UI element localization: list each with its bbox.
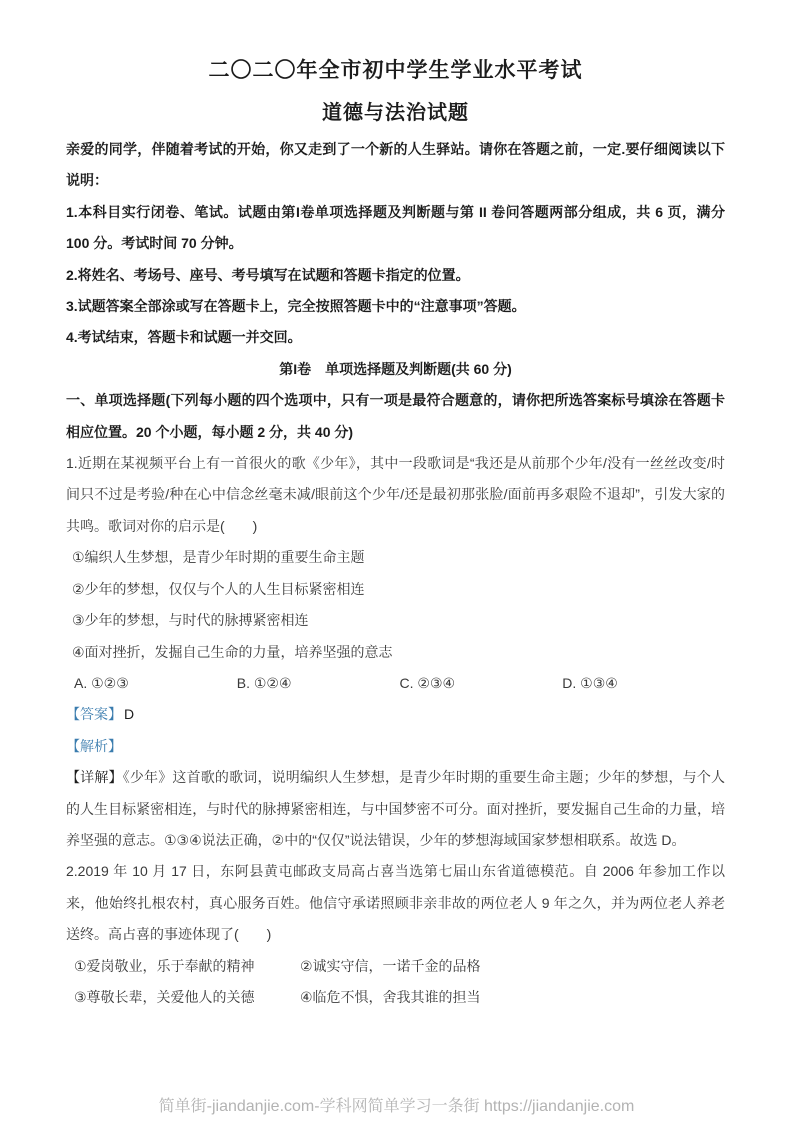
question-2-statement-2: ②诚实守信，一诺千金的品格 [300,951,725,982]
exam-title: 二〇二〇年全市初中学生学业水平考试 [66,56,725,86]
question-2-statements-row-1: ①爱岗敬业，乐于奉献的精神 ②诚实守信，一诺千金的品格 [66,951,725,982]
instruction-item-4: 4.考试结束，答题卡和试题一并交回。 [66,322,725,353]
choice-a: A. ①②③ [74,668,237,699]
analysis-line: 【解析】 [66,731,725,762]
choice-c: C. ②③④ [400,668,563,699]
part-header: 一、单项选择题(下列每小题的四个选项中，只有一项是最符合题意的，请你把所选答案标… [66,385,725,448]
choice-d: D. ①③④ [562,668,725,699]
instruction-item-2: 2.将姓名、考场号、座号、考号填写在试题和答题卡指定的位置。 [66,260,725,291]
question-2-statement-1: ①爱岗敬业，乐于奉献的精神 [74,951,300,982]
preface-intro: 亲爱的同学，伴随着考试的开始，你又走到了一个新的人生驿站。请你在答题之前，一定.… [66,134,725,197]
answer-value: D [122,706,134,722]
question-2-statement-4: ④临危不惧，舍我其谁的担当 [300,982,725,1013]
volume-header: 第I卷 单项选择题及判断题(共 60 分) [66,354,725,385]
detail-label: 【详解】 [66,769,123,785]
analysis-label: 【解析】 [66,738,122,754]
choice-b: B. ①②④ [237,668,400,699]
detail-paragraph: 【详解】《少年》这首歌的歌词，说明编织人生梦想，是青少年时期的重要生命主题；少年… [66,762,725,856]
answer-line: 【答案】D [66,699,725,730]
answer-label: 【答案】 [66,706,122,722]
exam-subtitle: 道德与法治试题 [66,98,725,128]
question-1-stem: 1.近期在某视频平台上有一首很火的歌《少年》，其中一段歌词是“我还是从前那个少年… [66,448,725,542]
question-2-statement-3: ③尊敬长辈，关爱他人的关德 [74,982,300,1013]
question-2-statements-row-2: ③尊敬长辈，关爱他人的关德 ④临危不惧，舍我其谁的担当 [66,982,725,1013]
watermark-footer: 简单街-jiandanjie.com-学科网简单学习一条街 https://ji… [0,1096,793,1118]
detail-text: 《少年》这首歌的歌词，说明编织人生梦想，是青少年时期的重要生命主题；少年的梦想，… [66,769,725,848]
question-1-statement-4: ④面对挫折，发掘自己生命的力量，培养坚强的意志 [66,637,725,668]
question-1-statement-1: ①编织人生梦想，是青少年时期的重要生命主题 [66,542,725,573]
exam-document-page: 二〇二〇年全市初中学生学业水平考试 道德与法治试题 亲爱的同学，伴随着考试的开始… [0,0,793,1122]
question-1-choices: A. ①②③ B. ①②④ C. ②③④ D. ①③④ [66,668,725,699]
question-2-stem: 2.2019 年 10 月 17 日，东阿县黄屯邮政支局高占喜当选第七届山东省道… [66,856,725,950]
instruction-item-3: 3.试题答案全部涂或写在答题卡上，完全按照答题卡中的“注意事项”答题。 [66,291,725,322]
instruction-item-1: 1.本科目实行闭卷、笔试。试题由第I卷单项选择题及判断题与第 II 卷问答题两部… [66,197,725,260]
question-1-statement-2: ②少年的梦想，仅仅与个人的人生目标紧密相连 [66,574,725,605]
question-1-statement-3: ③少年的梦想，与时代的脉搏紧密相连 [66,605,725,636]
